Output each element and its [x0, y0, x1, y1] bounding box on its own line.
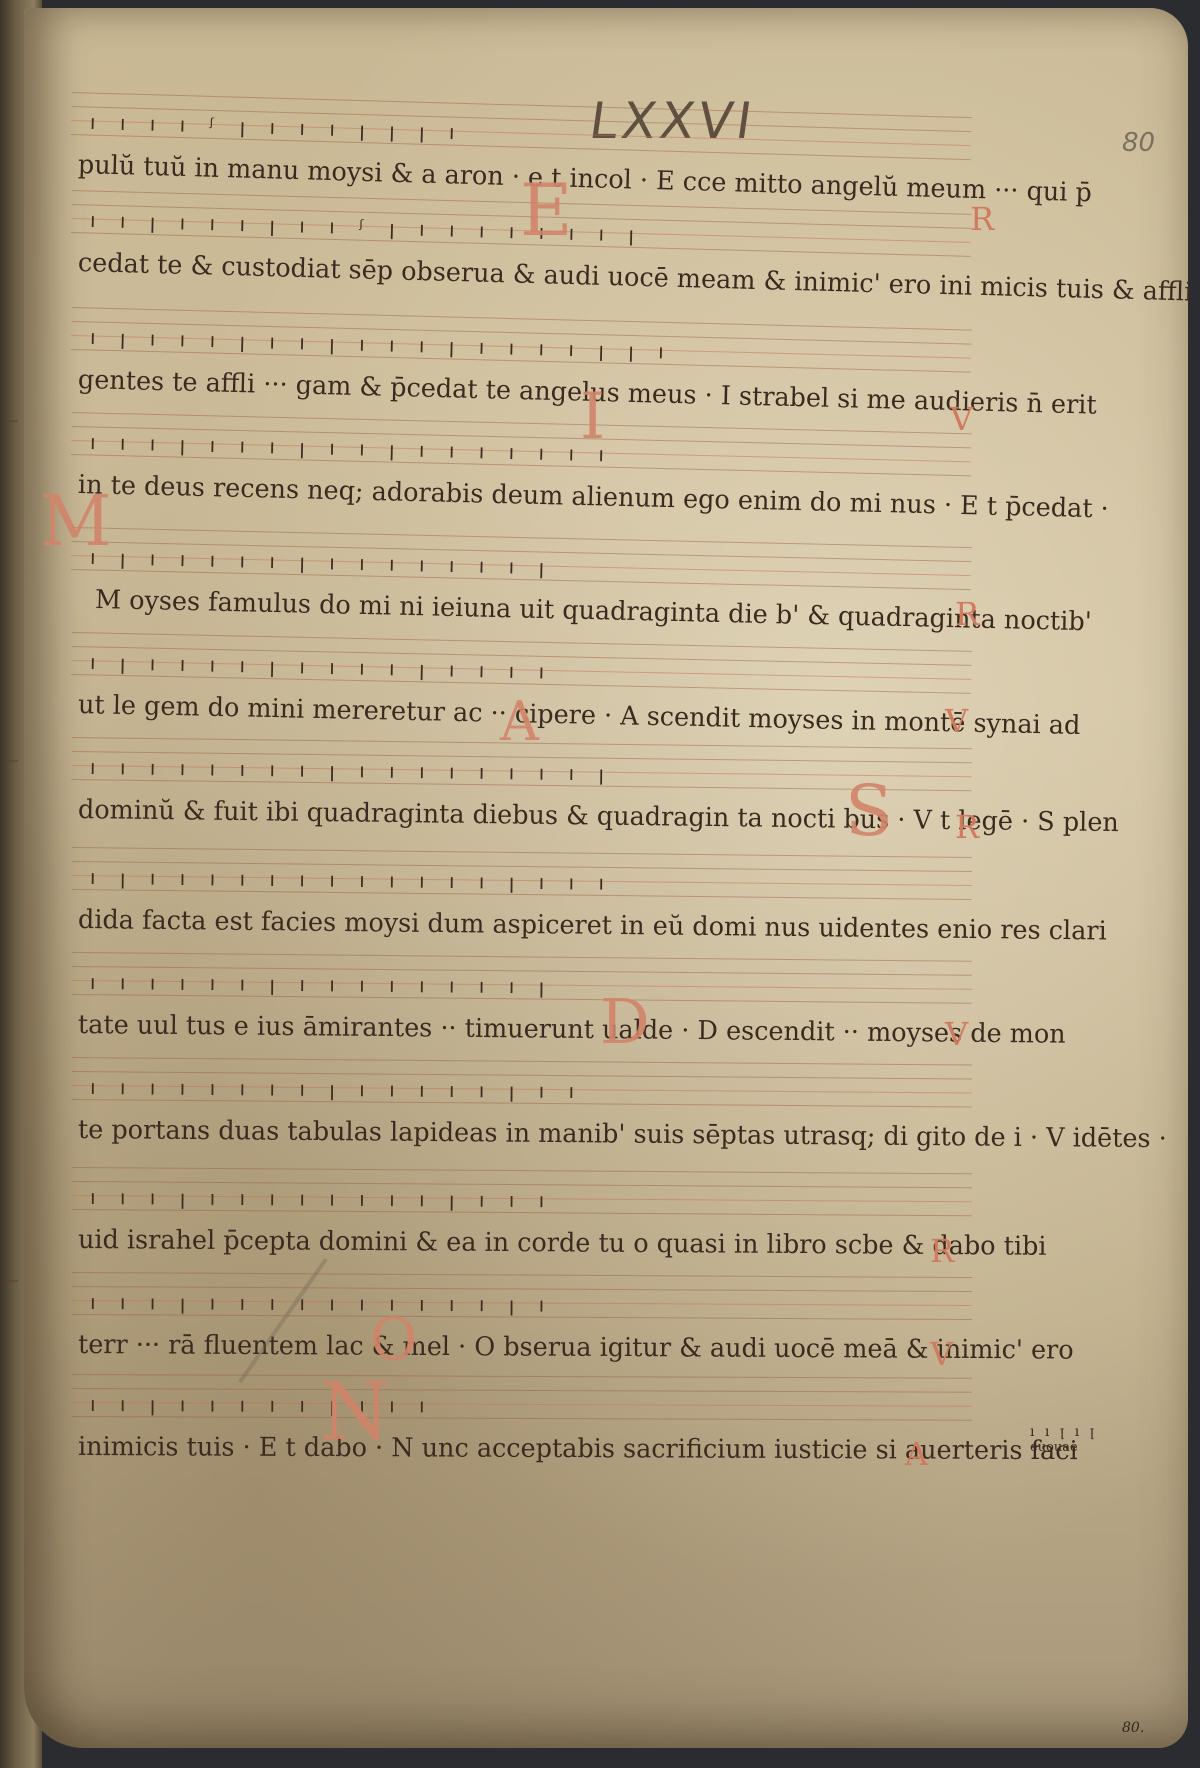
initial-letter: M: [40, 480, 112, 562]
initial-letter: A: [500, 690, 539, 753]
verse-marker: V: [945, 702, 968, 740]
verse-marker: V: [930, 1335, 953, 1373]
neume-row: ı ı ı ı ı ı ı ı ꞁ ı ı ı ı ı ꞁ ı ı: [90, 1075, 583, 1103]
verse-marker: V: [950, 400, 973, 438]
verse-marker: V: [945, 1015, 968, 1053]
initial-letter: E: [520, 168, 573, 252]
chant-text-line: terr ··· rā fluentem lac & mel · O bseru…: [78, 1330, 1074, 1366]
neume-row: ı ı ı ꞁ ı ı ı ı ı ı ı ı ı ı ꞁ ı: [90, 1290, 553, 1317]
marginal-neumes: ı ı ꞁ ı ꞁ: [1030, 1424, 1097, 1440]
initial-letter: D: [600, 985, 650, 1058]
pencil-folio-number-bottom: 80.: [1122, 1720, 1144, 1736]
responsory-marker: R: [955, 595, 979, 633]
neume-row: ı ı ı ꞁ ı ı ı ı ı ı ı ı ꞁ ı ı ı: [90, 1185, 553, 1212]
antiphon-marker: A: [905, 1435, 928, 1473]
marginal-note: ı ı ꞁ ı ꞁ euouae: [1030, 1424, 1097, 1455]
responsory-marker: R: [930, 1232, 954, 1270]
initial-letter: I: [580, 380, 605, 454]
pencil-folio-number: 80: [1122, 128, 1155, 158]
initial-letter: N: [320, 1365, 390, 1458]
marginal-text: euouae: [1030, 1440, 1078, 1455]
responsory-marker: R: [955, 808, 979, 846]
responsory-marker: R: [970, 200, 994, 238]
initial-letter: O: [370, 1305, 418, 1373]
neume-row: ı ı ı ı ı ı ꞁ ı ı ı ı ı ı ı ı ꞁ: [90, 970, 553, 999]
initial-letter: S: [845, 770, 893, 852]
